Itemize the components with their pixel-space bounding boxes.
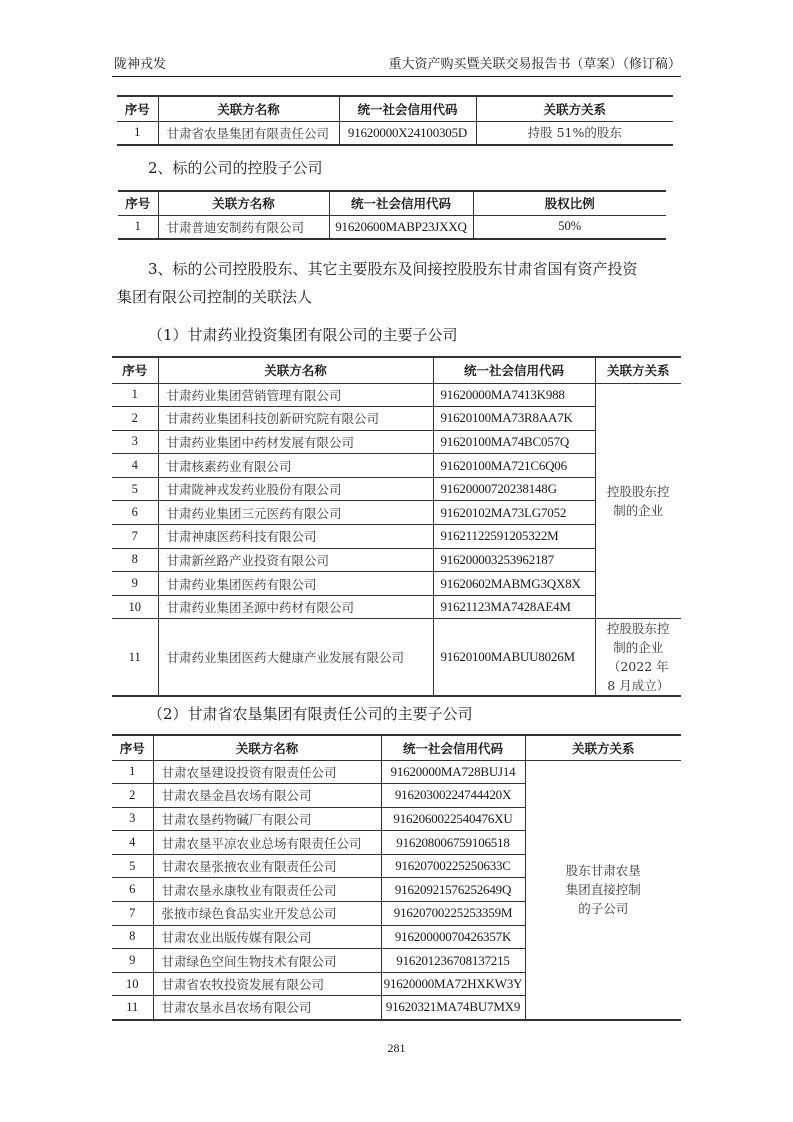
cell-name: 甘肃药业集团医药大健康产业发展有限公司 xyxy=(158,619,433,697)
cell-code: 91620102MA73LG7052 xyxy=(433,501,595,525)
cell-name: 甘肃药业集团科技创新研究院有限公司 xyxy=(158,407,433,431)
cell-no: 6 xyxy=(112,501,158,525)
cell-no: 9 xyxy=(112,572,158,596)
cell-code: 91620602MABMG3QX8X xyxy=(433,572,595,596)
cell-name: 甘肃普迪安制药有限公司 xyxy=(158,215,329,239)
cell-name: 甘肃陇神戎发药业股份有限公司 xyxy=(158,477,433,501)
cell-code: 91621123MA7428AE4M xyxy=(433,595,595,619)
cell-name: 甘肃农垦平凉农业总场有限责任公司 xyxy=(153,831,381,855)
cell-relation: 持股 51%的股东 xyxy=(476,121,673,145)
cell-code: 91621122591205322M xyxy=(433,525,595,549)
cell-no: 10 xyxy=(112,595,158,619)
pharma-group-subsidiaries-table: 序号 关联方名称 统一社会信用代码 关联方关系 1 甘肃药业集团营销管理有限公司… xyxy=(112,356,681,697)
page-number: 281 xyxy=(0,1041,793,1056)
cell-code: 91620100MA721C6Q06 xyxy=(433,454,595,478)
cell-no: 5 xyxy=(112,854,153,878)
col-header-ratio: 股权比例 xyxy=(473,191,666,215)
cell-no: 4 xyxy=(112,831,153,855)
cell-no: 1 xyxy=(118,215,158,239)
cell-no: 11 xyxy=(112,619,158,697)
header-company: 陇神戎发 xyxy=(114,56,166,74)
header-document-title: 重大资产购买暨关联交易报告书（草案）（修订稿） xyxy=(388,56,681,74)
col-header-code: 统一社会信用代码 xyxy=(339,96,476,121)
cell-relation-group: 控股股东控制的企业 xyxy=(595,383,681,619)
cell-code: 916208006759106518 xyxy=(381,831,525,855)
col-header-name: 关联方名称 xyxy=(153,735,381,760)
col-header-name: 关联方名称 xyxy=(158,357,433,383)
cell-code: 916201236708137215 xyxy=(381,949,525,973)
cell-no: 3 xyxy=(112,430,158,454)
cell-no: 6 xyxy=(112,878,153,902)
cell-code: 91620100MA73R8AA7K xyxy=(433,407,595,431)
cell-name: 甘肃农垦金昌农场有限公司 xyxy=(153,784,381,808)
cell-no: 8 xyxy=(112,548,158,572)
cell-no: 2 xyxy=(112,407,158,431)
cell-code: 91620921576252649Q xyxy=(381,878,525,902)
cell-no: 10 xyxy=(112,972,153,996)
cell-code: 9162030022474442​0X xyxy=(381,784,525,808)
cell-no: 7 xyxy=(112,902,153,926)
cell-name: 甘肃核素药业有限公司 xyxy=(158,454,433,478)
cell-code: 91620700225253359M xyxy=(381,902,525,926)
cell-code: 91620100MABUU8026M xyxy=(433,619,595,697)
cell-name: 甘肃农垦永康牧业有限责任公司 xyxy=(153,878,381,902)
table-header-row: 序号 关联方名称 统一社会信用代码 关联方关系 xyxy=(117,96,673,121)
cell-name: 甘肃药业集团医药有限公司 xyxy=(158,572,433,596)
col-header-no: 序号 xyxy=(112,735,153,760)
subsidiary-table: 序号 关联方名称 统一社会信用代码 股权比例 1 甘肃普迪安制药有限公司 916… xyxy=(118,190,666,240)
col-header-no: 序号 xyxy=(118,191,158,215)
cell-code: 91620000MA72HXKW3Y xyxy=(381,972,525,996)
page-header: 陇神戎发 重大资产购买暨关联交易报告书（草案）（修订稿） xyxy=(112,54,681,77)
agri-group-subsidiaries-table: 序号 关联方名称 统一社会信用代码 关联方关系 1 甘肃农垦建设投资有限责任公司… xyxy=(112,734,681,1021)
cell-no: 9 xyxy=(112,949,153,973)
subsection-2-title: （2）甘肃省农垦集团有限责任公司的主要子公司 xyxy=(148,704,473,724)
cell-relation-group: 控股股东控制的企业（2022 年 8 月成立） xyxy=(595,619,681,697)
cell-name: 甘肃农垦药物碱厂有限公司 xyxy=(153,807,381,831)
cell-no: 11 xyxy=(112,996,153,1020)
cell-name: 甘肃农垦永昌农场有限公司 xyxy=(153,996,381,1020)
cell-name: 甘肃农业出版传媒有限公司 xyxy=(153,925,381,949)
cell-name: 甘肃农垦建设投资有限责任公司 xyxy=(153,760,381,784)
cell-no: 7 xyxy=(112,525,158,549)
cell-no: 1 xyxy=(112,760,153,784)
cell-code: 91620000MA728BUJ14 xyxy=(381,760,525,784)
section-3-line-1: 3、标的公司控股股东、其它主要股东及间接控股股东甘肃省国有资产投资 xyxy=(148,259,638,279)
table-row: 1 甘肃省农垦集团有限责任公司 91620000X24100305D 持股 51… xyxy=(117,121,673,145)
cell-name: 甘肃新丝路产业投资有限公司 xyxy=(158,548,433,572)
col-header-no: 序号 xyxy=(112,357,158,383)
table-header-row: 序号 关联方名称 统一社会信用代码 关联方关系 xyxy=(112,735,681,760)
section-3-line-2: 集团有限公司控制的关联法人 xyxy=(117,287,312,307)
cell-name: 甘肃药业集团中药材发展有限公司 xyxy=(158,430,433,454)
table-header-row: 序号 关联方名称 统一社会信用代码 股权比例 xyxy=(118,191,666,215)
col-header-no: 序号 xyxy=(117,96,158,121)
cell-code: 91620000720238148G xyxy=(433,477,595,501)
cell-code: 91620000070426357K xyxy=(381,925,525,949)
shareholder-table: 序号 关联方名称 统一社会信用代码 关联方关系 1 甘肃省农垦集团有限责任公司 … xyxy=(117,95,673,146)
cell-code: 91620321MA74BU7MX9 xyxy=(381,996,525,1020)
cell-no: 3 xyxy=(112,807,153,831)
cell-name: 甘肃神康医药科技有限公司 xyxy=(158,525,433,549)
col-header-relation: 关联方关系 xyxy=(476,96,673,121)
table-header-row: 序号 关联方名称 统一社会信用代码 关联方关系 xyxy=(112,357,681,383)
cell-code: 916206002254047​6XU xyxy=(381,807,525,831)
cell-name: 甘肃药业集团营销管理有限公司 xyxy=(158,383,433,407)
cell-name: 甘肃省农垦集团有限责任公司 xyxy=(158,121,339,145)
col-header-relation: 关联方关系 xyxy=(595,357,681,383)
cell-no: 1 xyxy=(117,121,158,145)
cell-name: 甘肃绿色空间生物技术有限公司 xyxy=(153,949,381,973)
cell-name: 甘肃药业集团圣源中药材有限公司 xyxy=(158,595,433,619)
cell-ratio: 50% xyxy=(473,215,666,239)
cell-code: 91620000X24100305D xyxy=(339,121,476,145)
cell-name: 甘肃药业集团三元医药有限公司 xyxy=(158,501,433,525)
col-header-code: 统一社会信用代码 xyxy=(433,357,595,383)
cell-no: 8 xyxy=(112,925,153,949)
col-header-name: 关联方名称 xyxy=(158,191,329,215)
cell-no: 1 xyxy=(112,383,158,407)
col-header-code: 统一社会信用代码 xyxy=(381,735,525,760)
cell-relation-group: 股东甘肃农垦集团直接控制的子公司 xyxy=(525,760,681,1020)
table-row: 1 甘肃药业集团营销管理有限公司 91620000MA7413K988 控股股东… xyxy=(112,383,681,407)
cell-name: 张掖市绿色食品实业开发总公司 xyxy=(153,902,381,926)
cell-code: 91620600MABP23JXXQ xyxy=(329,215,473,239)
subsection-1-title: （1）甘肃药业投资集团有限公司的主要子公司 xyxy=(148,325,458,345)
table-row: 1 甘肃普迪安制药有限公司 91620600MABP23JXXQ 50% xyxy=(118,215,666,239)
cell-code: 91620000MA7413K988 xyxy=(433,383,595,407)
cell-name: 甘肃农垦张掖农业有限责任公司 xyxy=(153,854,381,878)
section-2-title: 2、标的公司的控股子公司 xyxy=(148,158,323,178)
cell-code: 91620700225250633C xyxy=(381,854,525,878)
col-header-name: 关联方名称 xyxy=(158,96,339,121)
cell-name: 甘肃省农牧投资发展有限公司 xyxy=(153,972,381,996)
cell-no: 4 xyxy=(112,454,158,478)
col-header-relation: 关联方关系 xyxy=(525,735,681,760)
cell-no: 2 xyxy=(112,784,153,808)
cell-code: 91620000325396218​7 xyxy=(433,548,595,572)
cell-code: 91620100MA74BC057Q xyxy=(433,430,595,454)
table-row: 11 甘肃药业集团医药大健康产业发展有限公司 91620100MABUU8026… xyxy=(112,619,681,697)
col-header-code: 统一社会信用代码 xyxy=(329,191,473,215)
cell-no: 5 xyxy=(112,477,158,501)
table-row: 1 甘肃农垦建设投资有限责任公司 91620000MA728BUJ14 股东甘肃… xyxy=(112,760,681,784)
